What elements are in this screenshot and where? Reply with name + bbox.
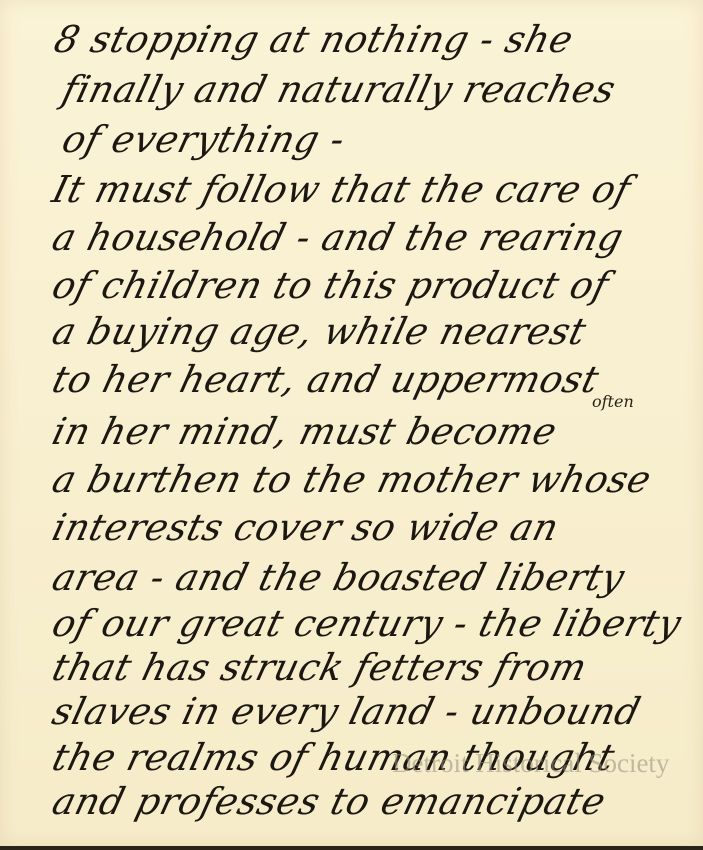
watermark: Detroit Historical Society [392,748,669,779]
handwritten-line: interests cover so wide an [48,506,703,549]
letter-page: 8 stopping at nothing - she finally and … [0,0,703,846]
handwritten-line: finally and naturally reaches [58,68,703,111]
handwritten-line: slaves in every land - unbound [48,690,703,733]
handwritten-line: of everything - [58,118,703,161]
handwritten-line: of our great century - the liberty [48,602,703,645]
page-bottom-edge [0,846,703,850]
handwritten-insertion: often [592,392,634,411]
handwritten-line: area - and the boasted liberty [48,556,703,599]
handwritten-line: and professes to emancipate [48,780,703,823]
handwritten-line: 8 stopping at nothing - she [50,18,703,61]
handwritten-line: It must follow that the care of [48,168,703,211]
handwritten-line: a household - and the rearing [48,216,703,259]
handwritten-line: a burthen to the mother whose [48,458,703,501]
handwritten-line: in her mind, must become [48,410,703,453]
handwritten-line: that has struck fetters from [48,646,703,689]
handwritten-line: of children to this product of [48,264,703,307]
handwritten-line: a buying age, while nearest [48,310,703,353]
